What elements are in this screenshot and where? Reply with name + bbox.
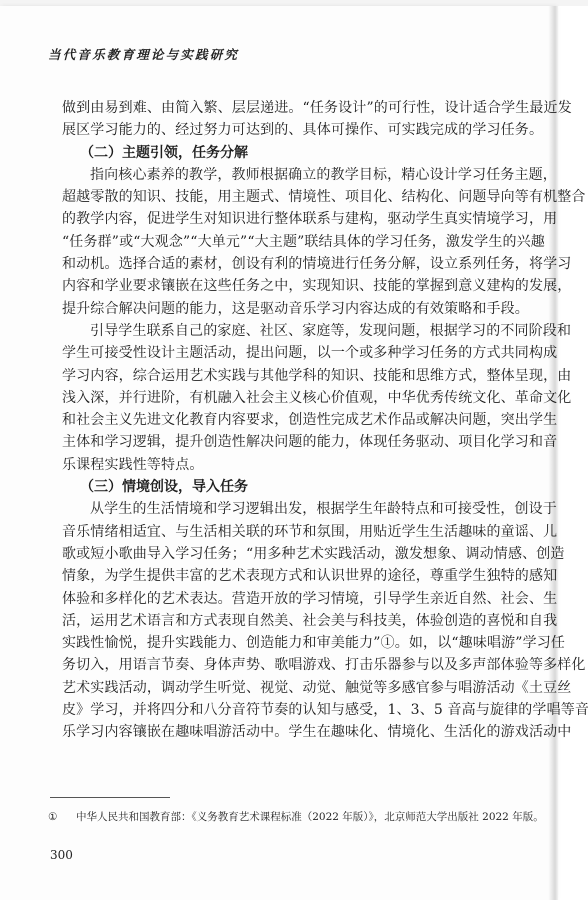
text-line: 学生可接受性设计主题活动，提出问题，以一个或多种学习任务的方式共同构成 — [62, 342, 530, 364]
footnote-marker: ① — [48, 811, 76, 823]
text-line: 和动机。选择合适的素材，创设有利的情境进行任务分解，设立系列任务，将学习 — [62, 253, 530, 275]
body-text: 做到由易到难、由简入繁、层层递进。“任务设计”的可行性，设计适合学生最近发 展区… — [62, 97, 530, 744]
page-edge-shadow — [548, 6, 558, 900]
text-line: 提升综合解决问题的能力，这是驱动音乐学习内容达成的有效策略和手段。 — [62, 298, 530, 320]
text-line: 学习内容，综合运用艺术实践与其他学科的知识、技能和思维方式，整体呈现，由 — [62, 365, 530, 387]
text-line: 做到由易到难、由简入繁、层层递进。“任务设计”的可行性，设计适合学生最近发 — [62, 97, 530, 119]
text-line: 活，运用艺术语言和方式表现自然美、社会美与科技美，体验创造的喜悦和自我 — [62, 610, 530, 632]
text-line: 超越零散的知识、技能，用主题式、情境性、项目化、结构化、问题导向等有机整合 — [62, 186, 530, 208]
page-number: 300 — [50, 848, 73, 862]
footnote-text: 中华人民共和国教育部：《义务教育艺术课程标准（2022 年版）》，北京师范大学出… — [76, 811, 544, 823]
text-line: 浅入深，并行进阶，有机融入社会主义核心价值观，中华优秀传统文化、革命文化 — [62, 387, 530, 409]
text-line: 乐学习内容镶嵌在趣味唱游活动中。学生在趣味化、情境化、生活化的游戏活动中 — [62, 721, 530, 743]
text-line: 艺术实践活动，调动学生听觉、视觉、动觉、触觉等多感官参与唱游活动《土豆丝 — [62, 677, 530, 699]
text-line: 引导学生联系自己的家庭、社区、家庭等，发现问题，根据学习的不同阶段和 — [62, 320, 530, 342]
section-heading-3: （三）情境创设，导入任务 — [62, 476, 530, 498]
text-line: 指向核心素养的教学，教师根据确立的教学目标，精心设计学习任务主题， — [62, 164, 530, 186]
text-line: 实践性愉悦，提升实践能力、创造能力和审美能力”①。如，以“趣味唱游”学习任 — [62, 632, 530, 654]
text-line: 情象，为学生提供丰富的艺术表现方式和认识世界的途径，尊重学生独特的感知 — [62, 565, 530, 587]
text-line: 从学生的生活情境和学习逻辑出发，根据学生年龄特点和可接受性，创设于 — [62, 498, 530, 520]
text-line: 体验和多样化的艺术表达。营造开放的学习情境，引导学生亲近自然、社会、生 — [62, 588, 530, 610]
text-line: 的教学内容，促进学生对知识进行整体联系与建构，驱动学生真实情境学习，用 — [62, 208, 530, 230]
footnote-divider — [50, 797, 170, 798]
text-line: 歌或短小歌曲导入学习任务；“用多种艺术实践活动，激发想象、调动情感、创造 — [62, 543, 530, 565]
text-line: 音乐情绪相适宜、与生活相关联的环节和氛围，用贴近学生生活趣味的童谣、儿 — [62, 521, 530, 543]
text-line: 和社会主义先进文化教育内容要求，创造性完成艺术作品或解决问题，突出学生 — [62, 409, 530, 431]
footnote: ①中华人民共和国教育部：《义务教育艺术课程标准（2022 年版）》，北京师范大学… — [48, 809, 544, 824]
text-line: 务切入，用语言节奏、身体声势、歌唱游戏、打击乐器参与以及多声部体验等多样化 — [62, 654, 530, 676]
text-line: 内容和学业要求镶嵌在这些任务之中，实现知识、技能的掌握到意义建构的发展， — [62, 275, 530, 297]
text-line: 主体和学习逻辑，提升创造性解决问题的能力，体现任务驱动、项目化学习和音 — [62, 431, 530, 453]
text-line: 乐课程实践性等特点。 — [62, 454, 530, 476]
running-head: 当代音乐教育理论与实践研究 — [48, 45, 239, 63]
text-line: 皮》学习，并将四分和八分音符节奏的认知与感受，1、3、5 音高与旋律的学唱等音 — [62, 699, 530, 721]
section-heading-2: （二）主题引领，任务分解 — [62, 142, 530, 164]
text-line: “任务群”或“大观念”“大单元”“大主题”联结具体的学习任务，激发学生的兴趣 — [62, 231, 530, 253]
text-line: 展区学习能力的、经过努力可达到的、具体可操作、可实践完成的学习任务。 — [62, 119, 530, 141]
